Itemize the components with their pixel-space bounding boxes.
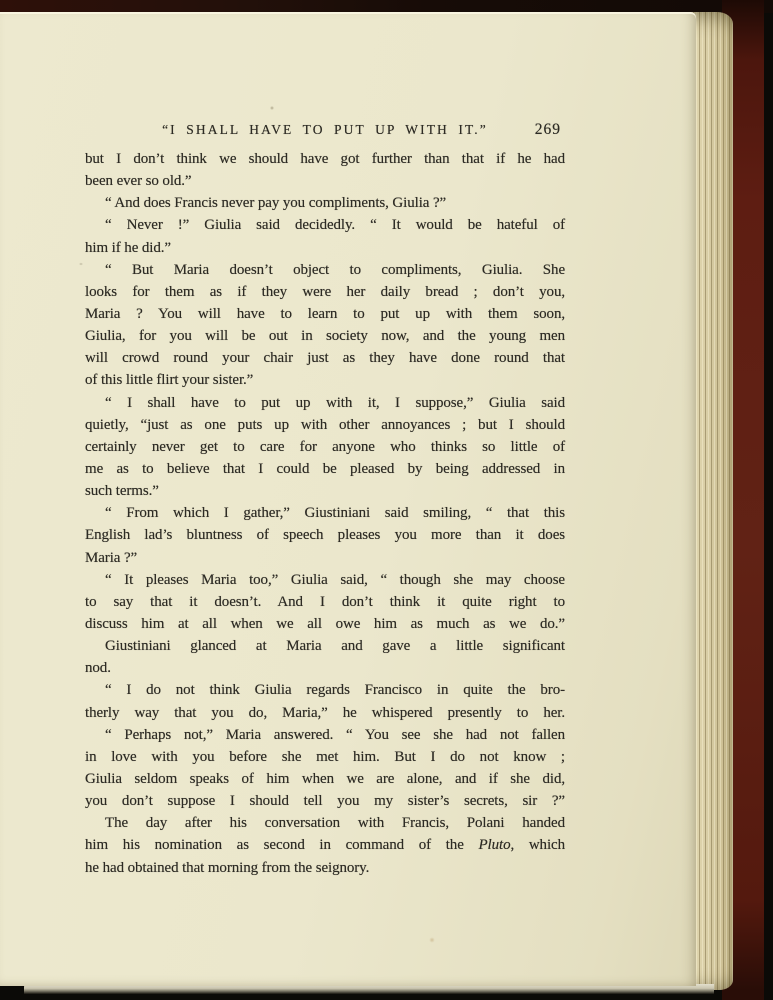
text-line: Giulia, for you will be out in society n… [85,325,565,347]
text-line: “ From which I gather,” Giustiniani said… [85,502,565,524]
text-line: certainly never get to care for anyone w… [85,436,565,458]
text-line: but I don’t think we should have got fur… [85,148,565,170]
text-line: Maria ? You will have to learn to put up… [85,303,565,325]
text-column: but I don’t think we should have got fur… [85,148,565,879]
book-page: “I SHALL HAVE TO PUT UP WITH IT.” 269 bu… [0,12,696,986]
text-line: Giustiniani glanced at Maria and gave a … [85,635,565,657]
text-line: discuss him at all when we all owe him a… [85,613,565,635]
text-line: “ Never !” Giulia said decidedly. “ It w… [85,214,565,236]
text-line: been ever so old.” [85,170,565,192]
text-line: “ I do not think Giulia regards Francisc… [85,679,565,701]
text-line: “ It pleases Maria too,” Giulia said, “ … [85,569,565,591]
text-line: “ Perhaps not,” Maria answered. “ You se… [85,724,565,746]
text-line: in love with you before she met him. But… [85,746,565,768]
text-line: quietly, “just as one puts up with other… [85,414,565,436]
text-line: will crowd round your chair just as they… [85,347,565,369]
text-line: looks for them as if they were her daily… [85,281,565,303]
text-line: “ I shall have to put up with it, I supp… [85,392,565,414]
text-line: of this little flirt your sister.” [85,369,565,391]
text-line: him his nomination as second in command … [85,834,565,856]
text-line: Maria ?” [85,547,565,569]
text-line: him if he did.” [85,237,565,259]
text-line: nod. [85,657,565,679]
running-head: “I SHALL HAVE TO PUT UP WITH IT.” 269 [85,121,565,139]
text-line: such terms.” [85,480,565,502]
text-line: therly way that you do, Maria,” he whisp… [85,702,565,724]
text-line: English lad’s bluntness of speech please… [85,524,565,546]
italic-ship-name: Pluto [478,837,510,853]
text-line: he had obtained that morning from the se… [85,857,565,879]
text-line: me as to believe that I could be pleased… [85,458,565,480]
running-title: “I SHALL HAVE TO PUT UP WITH IT.” [85,121,565,139]
text-line: to say that it doesn’t. And I don’t thin… [85,591,565,613]
text-line: “ But Maria doesn’t object to compliment… [85,259,565,281]
text-line: “ And does Francis never pay you complim… [85,192,565,214]
text-line: Giulia seldom speaks of him when we are … [85,768,565,790]
text-line: The day after his conversation with Fran… [85,812,565,834]
text-line: you don’t suppose I should tell you my s… [85,790,565,812]
photo-of-open-book: “I SHALL HAVE TO PUT UP WITH IT.” 269 bu… [0,0,773,1000]
page-number: 269 [535,121,561,139]
